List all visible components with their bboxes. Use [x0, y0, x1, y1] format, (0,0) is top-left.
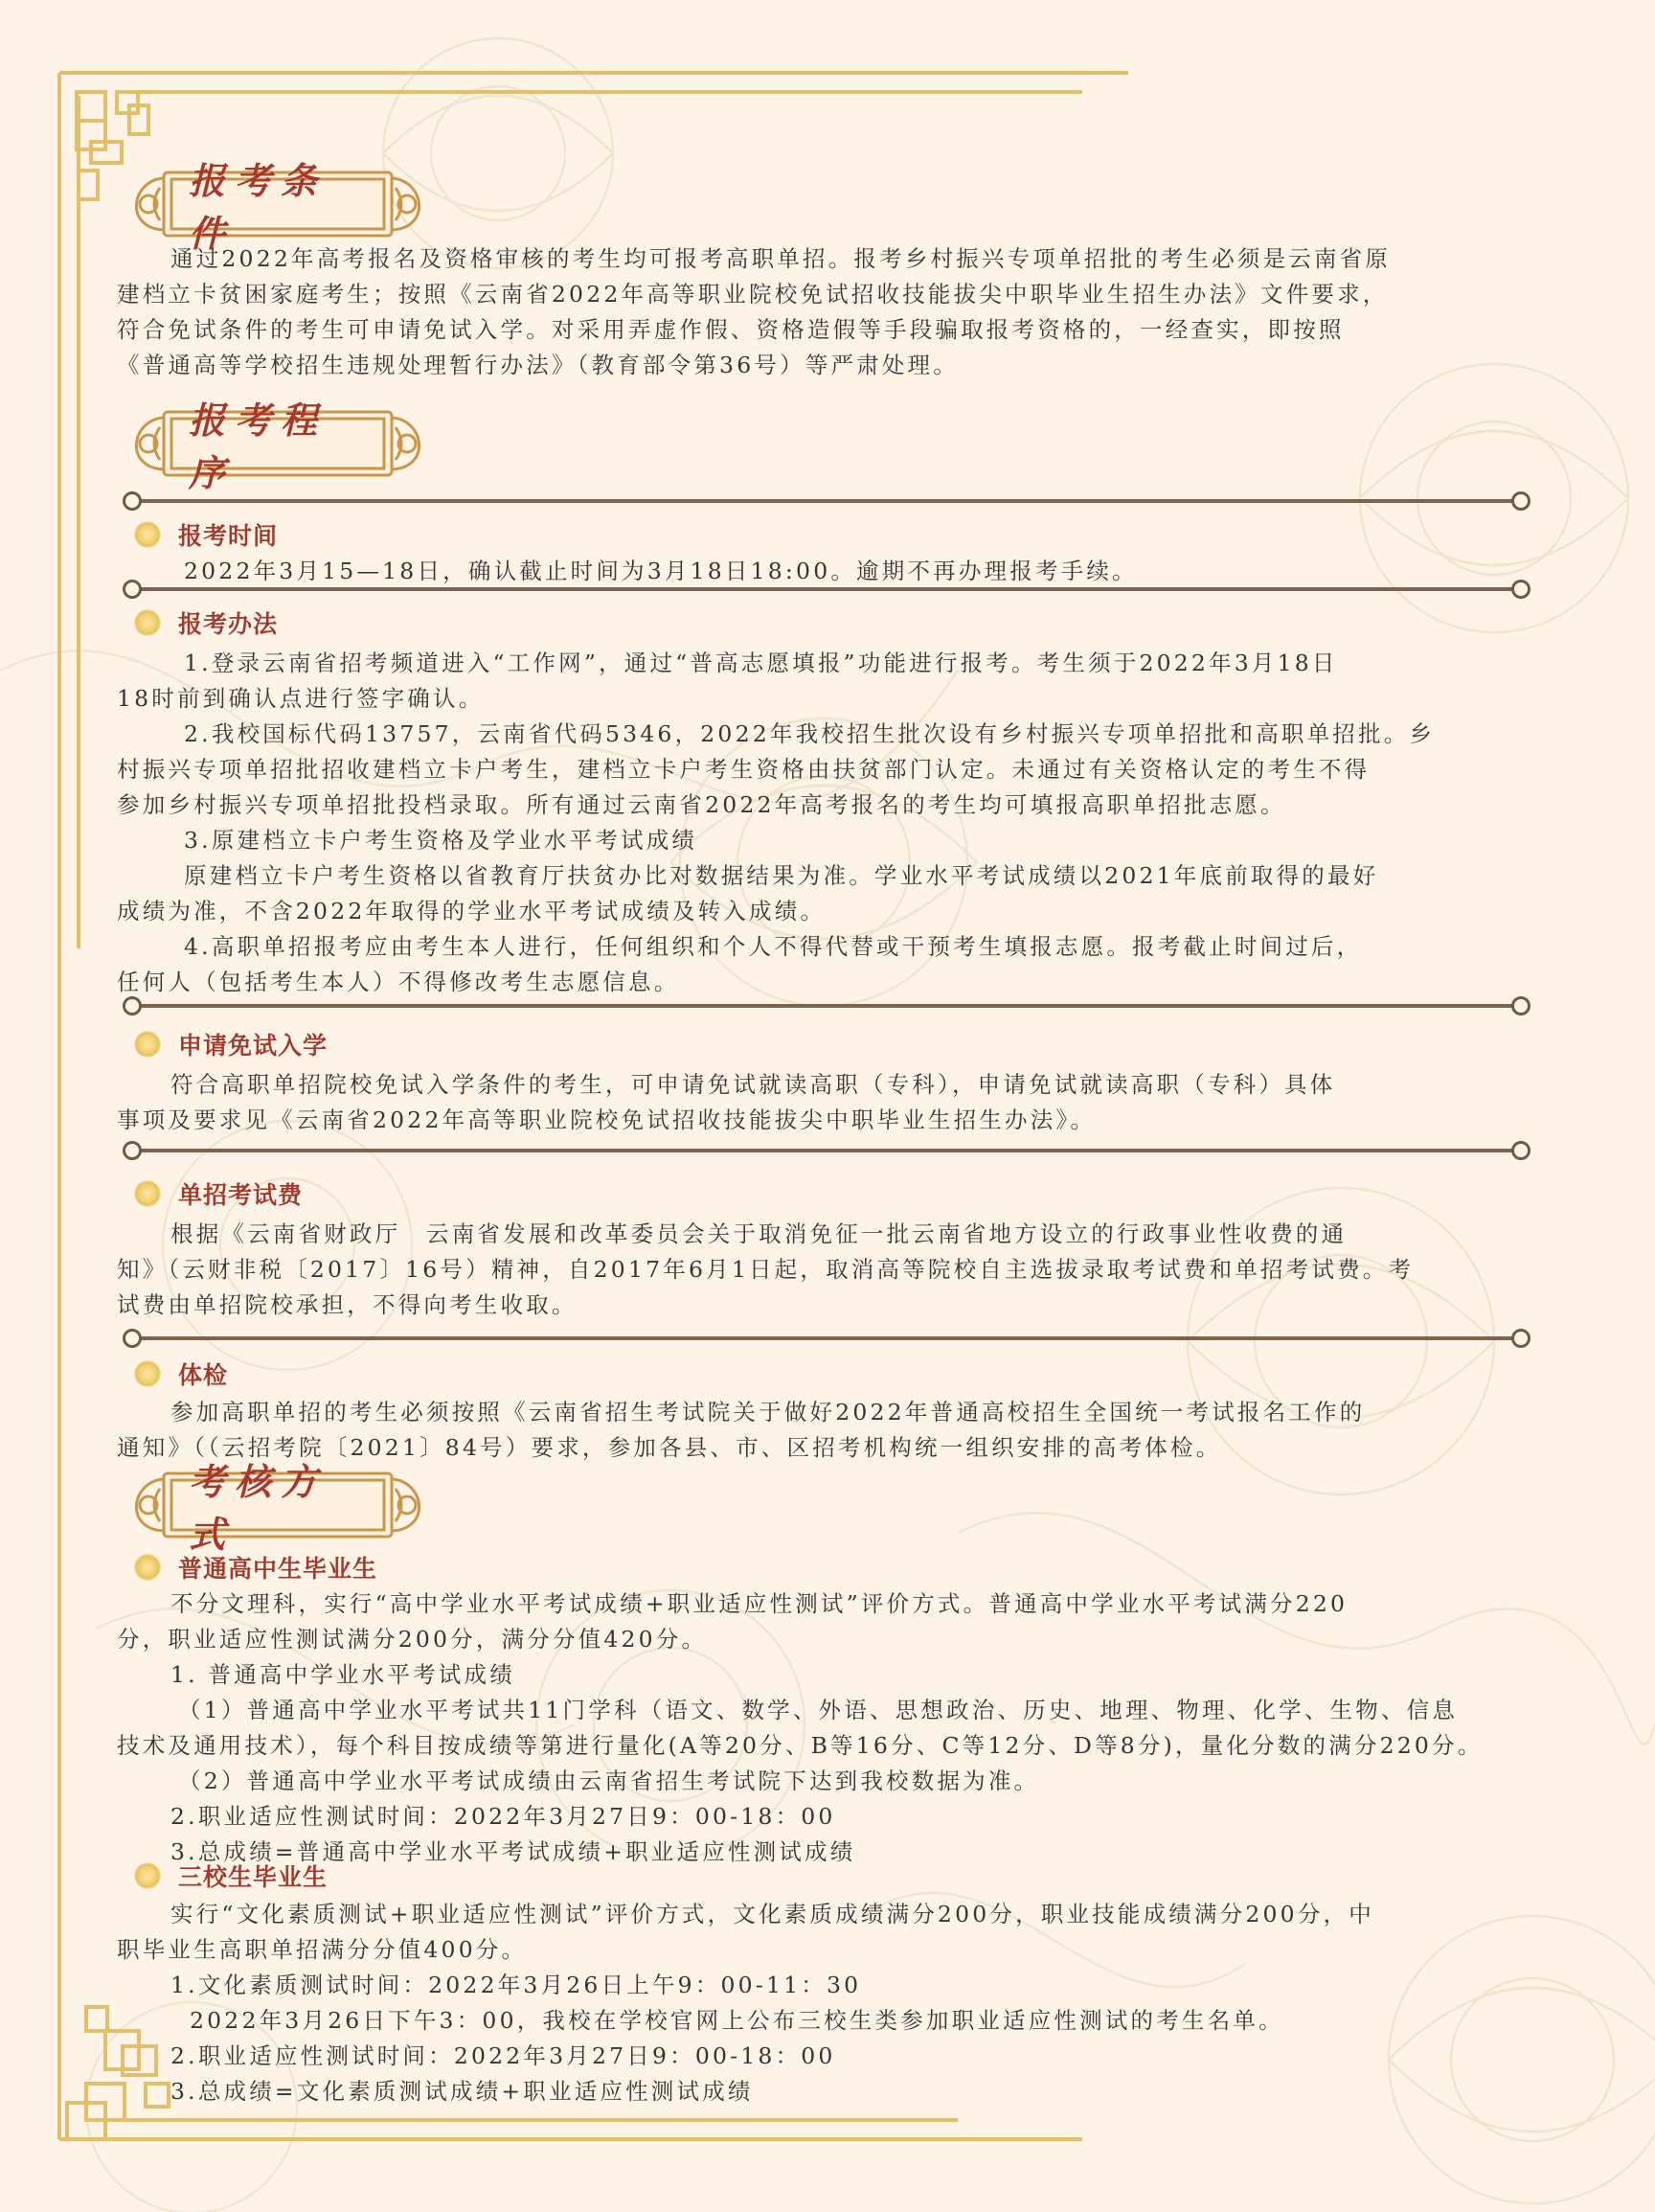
text-line: 符合免试条件的考生可申请免试入学。对采用弄虚作假、资格造假等手段骗取报考资格的，… — [117, 312, 1544, 348]
section-title: 报考条件 — [189, 174, 369, 234]
text-line: 职毕业生高职单招满分分值400分。 — [117, 1932, 1544, 1968]
subheading-exemption: 申请免试入学 — [134, 1027, 328, 1061]
text-line: 不分文理科，实行“高中学业水平考试成绩+职业适应性测试”评价方式。普通高中学业水… — [117, 1586, 1544, 1622]
text-line: 2.职业适应性测试时间：2022年3月27日9：00-18：00 — [117, 2039, 1544, 2074]
fee-paragraph: 根据《云南省财政厅 云南省发展和改革委员会关于取消免征一批云南省地方设立的行政事… — [117, 1217, 1544, 1323]
section-banner-conditions: 报考条件 — [122, 169, 434, 239]
divider-line — [123, 1141, 1530, 1160]
text-line: 3.总成绩=文化素质测试成绩+职业适应性测试成绩 — [117, 2074, 1544, 2109]
text-line: 分，职业适应性测试满分200分，满分分值420分。 — [117, 1622, 1544, 1657]
vocational-paragraph: 实行“文化素质测试+职业适应性测试”评价方式，文化素质成绩满分200分，职业技能… — [117, 1897, 1544, 2109]
flower-bullet-icon — [134, 1360, 161, 1387]
subheading-label: 三校生毕业生 — [178, 1859, 328, 1893]
subheading-method: 报考办法 — [134, 605, 278, 640]
method-paragraph: 1.登录云南省招考频道进入“工作网”，通过“普高志愿填报”功能进行报考。考生须于… — [117, 646, 1544, 1000]
divider-line — [123, 491, 1530, 511]
text-line: （2）普通高中学业水平考试成绩由云南省招生考试院下达到我校数据为准。 — [117, 1764, 1544, 1799]
text-line: 事项及要求见《云南省2022年高等职业院校免试招收技能拔尖中职毕业生招生办法》。 — [117, 1103, 1544, 1138]
text-line: 参加乡村振兴专项单招批投档录取。所有通过云南省2022年高考报名的考生均可填报高… — [117, 787, 1544, 823]
subheading-label: 单招考试费 — [178, 1176, 303, 1211]
text-line: 通过2022年高考报名及资格审核的考生均可报考高职单招。报考乡村振兴专项单招批的… — [117, 241, 1544, 277]
divider-line — [123, 580, 1530, 599]
text-line: 4.高职单招报考应由考生本人进行，任何组织和个人不得代替或干预考生填报志愿。报考… — [117, 929, 1544, 965]
flower-bullet-icon — [134, 1554, 161, 1581]
text-line: 成绩为准，不含2022年取得的学业水平考试成绩及转入成绩。 — [117, 894, 1544, 929]
section-banner-assessment: 考核方式 — [122, 1470, 434, 1540]
subheading-label: 体检 — [178, 1357, 228, 1391]
text-line: 实行“文化素质测试+职业适应性测试”评价方式，文化素质成绩满分200分，职业技能… — [117, 1897, 1544, 1932]
text-line: 根据《云南省财政厅 云南省发展和改革委员会关于取消免征一批云南省地方设立的行政事… — [117, 1217, 1544, 1252]
text-line: 原建档立卡户考生资格以省教育厅扶贫办比对数据结果为准。学业水平考试成绩以2021… — [117, 858, 1544, 894]
text-line: 2.我校国标代码13757，云南省代码5346，2022年我校招生批次设有乡村振… — [117, 717, 1544, 752]
text-line: 1.登录云南省招考频道进入“工作网”，通过“普高志愿填报”功能进行报考。考生须于… — [117, 646, 1544, 681]
section-title: 报考程序 — [189, 414, 369, 473]
flower-bullet-icon — [134, 1180, 161, 1207]
section-title: 考核方式 — [189, 1475, 369, 1535]
text-line: 村振兴专项单招批招收建档立卡户考生，建档立卡户考生资格由扶贫部门认定。未通过有关… — [117, 752, 1544, 787]
text-line: 试费由单招院校承担，不得向考生收取。 — [117, 1288, 1544, 1323]
text-line: 1.文化素质测试时间：2022年3月26日上午9：00-11：30 — [117, 1968, 1544, 2003]
subheading-fee: 单招考试费 — [134, 1176, 303, 1211]
text-line: 2.职业适应性测试时间：2022年3月27日9：00-18：00 — [117, 1799, 1544, 1835]
exemption-paragraph: 符合高职单招院校免试入学条件的考生，可申请免试就读高职（专科），申请免试就读高职… — [117, 1067, 1544, 1138]
subheading-label: 报考办法 — [178, 605, 278, 640]
text-line: （1）普通高中学业水平考试共11门学科（语文、数学、外语、思想政治、历史、地理、… — [117, 1693, 1544, 1728]
text-line: 建档立卡贫困家庭考生；按照《云南省2022年高等职业院校免试招收技能拔尖中职毕业… — [117, 277, 1544, 312]
subheading-label: 报考时间 — [178, 517, 278, 552]
flower-bullet-icon — [134, 609, 161, 636]
text-line: 参加高职单招的考生必须按照《云南省招生考试院关于做好2022年普通高校招生全国统… — [117, 1395, 1544, 1430]
high-school-paragraph: 不分文理科，实行“高中学业水平考试成绩+职业适应性测试”评价方式。普通高中学业水… — [117, 1586, 1544, 1870]
section-banner-procedure: 报考程序 — [122, 408, 434, 479]
admission-info-document: 报考条件 通过2022年高考报名及资格审核的考生均可报考高职单招。报考乡村振兴专… — [0, 0, 1655, 2212]
text-line: 任何人（包括考生本人）不得修改考生志愿信息。 — [117, 965, 1544, 1000]
text-line: 1. 普通高中学业水平考试成绩 — [117, 1657, 1544, 1693]
text-line: 知》（云财非税〔2017〕16号）精神，自2017年6月1日起，取消高等院校自主… — [117, 1252, 1544, 1288]
flower-bullet-icon — [134, 521, 161, 548]
subheading-label: 普通高中生毕业生 — [178, 1550, 377, 1585]
conditions-paragraph: 通过2022年高考报名及资格审核的考生均可报考高职单招。报考乡村振兴专项单招批的… — [117, 241, 1544, 383]
divider-line — [123, 996, 1530, 1015]
text-line: 技术及通用技术），每个科目按成绩等第进行量化(A等20分、B等16分、C等12分… — [117, 1728, 1544, 1764]
subheading-physical: 体检 — [134, 1357, 228, 1391]
flower-bullet-icon — [134, 1862, 161, 1889]
text-line: 18时前到确认点进行签字确认。 — [117, 681, 1544, 717]
subheading-time: 报考时间 — [134, 517, 278, 552]
divider-line — [123, 1329, 1530, 1348]
text-line: 3.原建档立卡户考生资格及学业水平考试成绩 — [117, 823, 1544, 858]
text-line: 3.总成绩=普通高中学业水平考试成绩+职业适应性测试成绩 — [117, 1835, 1544, 1870]
text-line: 《普通高等学校招生违规处理暂行办法》（教育部令第36号）等严肃处理。 — [117, 348, 1544, 383]
subheading-vocational: 三校生毕业生 — [134, 1859, 328, 1893]
text-line: 2022年3月26日下午3：00，我校在学校官网上公布三校生类参加职业适应性测试… — [117, 2003, 1544, 2039]
flower-bullet-icon — [134, 1031, 161, 1058]
subheading-label: 申请免试入学 — [178, 1027, 328, 1061]
subheading-high-school: 普通高中生毕业生 — [134, 1550, 377, 1585]
text-line: 符合高职单招院校免试入学条件的考生，可申请免试就读高职（专科），申请免试就读高职… — [117, 1067, 1544, 1103]
